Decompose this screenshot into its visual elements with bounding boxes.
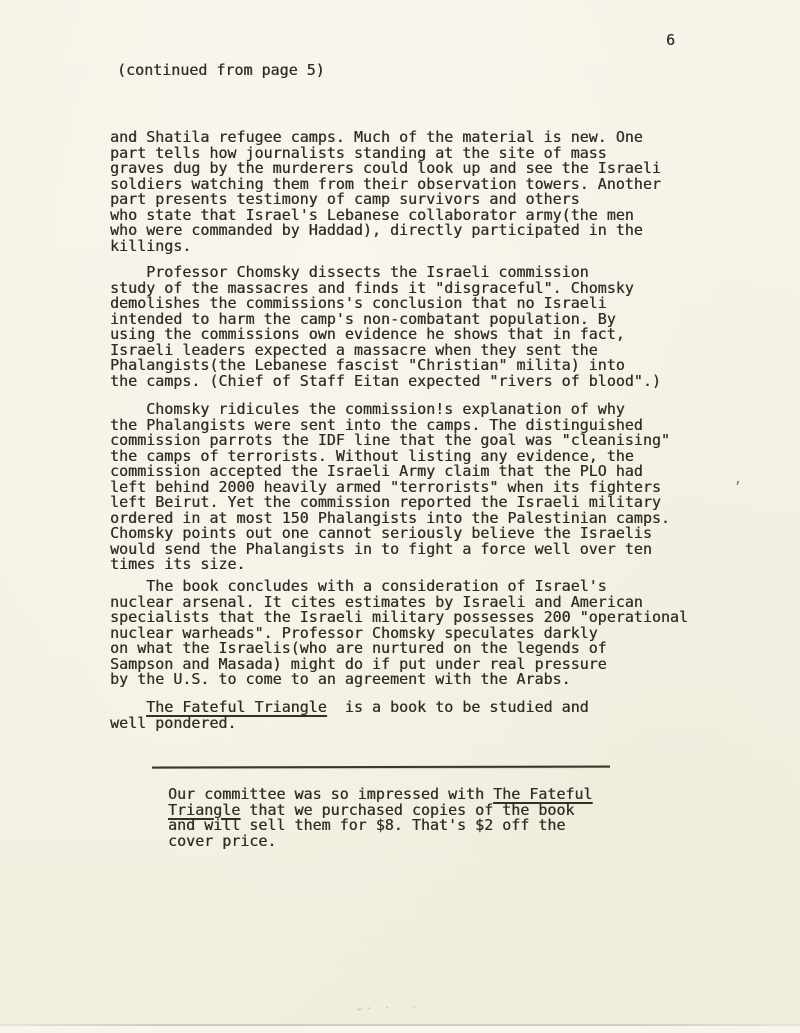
committee-note: Our committee was so impressed with The … <box>168 787 592 849</box>
paragraph-book-conclusion: The Fateful Triangle is a book to be stu… <box>110 700 589 731</box>
faint-pencil-marks: ←· · · <box>357 1002 421 1015</box>
paragraph-chomsky-ridicules: Chomsky ridicules the commission!s expla… <box>110 402 670 573</box>
text-line: well pondered. <box>110 716 589 732</box>
continued-from-note: (continued from page 5) <box>117 63 325 79</box>
separator-rule <box>152 766 610 769</box>
text-line: cover price. <box>168 834 592 850</box>
scanned-typewritten-page: 6 (continued from page 5) and Shatila re… <box>0 0 800 1033</box>
paragraph-shatila-camps: and Shatila refugee camps. Much of the m… <box>110 130 661 254</box>
paper-speck: , <box>734 472 742 487</box>
paragraph-nuclear-arsenal: The book concludes with a consideration … <box>110 579 688 688</box>
text-line: the camps. (Chief of Staff Eitan expecte… <box>110 374 661 390</box>
scan-bottom-margin <box>0 1026 800 1033</box>
text-line: killings. <box>110 239 661 255</box>
text-line: who were commanded by Haddad), directly … <box>110 223 661 239</box>
text-segment: times its size. <box>110 555 245 573</box>
text-segment: well pondered. <box>110 714 236 732</box>
page-number: 6 <box>666 33 675 49</box>
text-line: times its size. <box>110 557 670 573</box>
text-segment: cover price. <box>168 832 276 850</box>
paragraph-chomsky-dissects: Professor Chomsky dissects the Israeli c… <box>110 265 661 389</box>
text-line: by the U.S. to come to an agreement with… <box>110 672 688 688</box>
text-segment: is a book to be studied and <box>327 698 589 716</box>
text-segment: by the U.S. to come to an agreement with… <box>110 670 571 688</box>
text-segment: killings. <box>110 237 191 255</box>
text-segment: the camps. (Chief of Staff Eitan expecte… <box>110 372 661 390</box>
